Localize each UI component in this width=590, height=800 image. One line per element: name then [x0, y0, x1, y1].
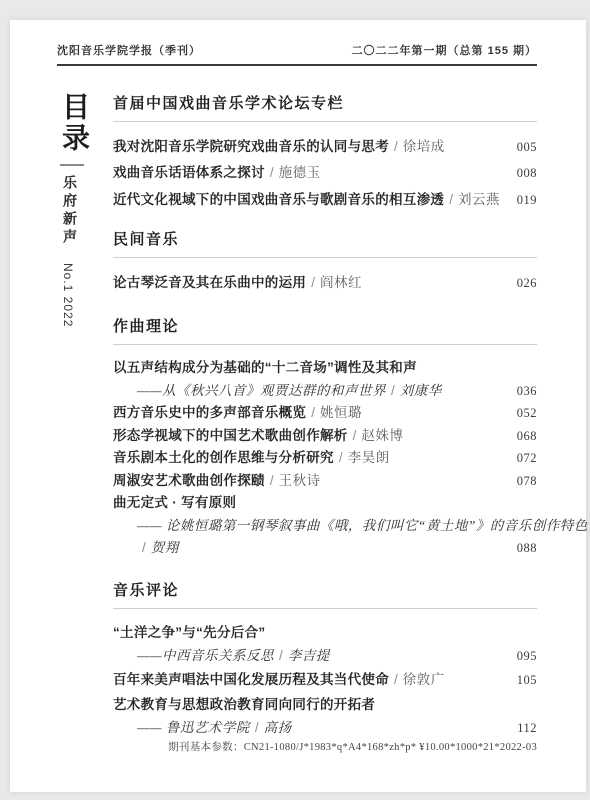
- entry-title: 近代文化视域下的中国戏曲音乐与歌剧音乐的相互渗透: [113, 187, 444, 212]
- entry-title: 百年来美声唱法中国化发展历程及其当代使命: [113, 668, 389, 691]
- toc-entry-row: —— 论姚恒璐第一钢琴叙事曲《哦，我们叫它“黄土地”》的音乐创作特色: [113, 515, 537, 538]
- entry-subtitle: ——中西音乐关系反思: [137, 644, 274, 667]
- entry-author: 高扬: [264, 716, 292, 739]
- toc-content: 首届中国戏曲音乐学术论坛专栏我对沈阳音乐学院研究戏曲音乐的认同与思考/徐培成00…: [113, 20, 537, 792]
- entry-subtitle: ——从《秋兴八首》观贾达群的和声世界: [137, 380, 386, 403]
- entry-page-number: 072: [517, 447, 537, 470]
- entry-author: 徐培成: [403, 134, 445, 159]
- author-separator: /: [255, 716, 259, 739]
- author-separator: /: [270, 160, 274, 185]
- author-separator: /: [353, 425, 357, 448]
- sidebar-divider: [60, 164, 84, 166]
- entry-page-number: 112: [517, 717, 537, 740]
- author-separator: /: [311, 402, 315, 425]
- author-separator: /: [391, 380, 395, 403]
- entry-author: 姚恒璐: [320, 402, 362, 425]
- section-heading: 首届中国戏曲音乐学术论坛专栏: [113, 95, 537, 113]
- entry-page-number: 036: [517, 380, 537, 403]
- section-divider: [113, 257, 537, 258]
- toc-section: 民间音乐论古琴泛音及其在乐曲中的运用/阎林红026: [113, 231, 537, 296]
- entry-page-number: 052: [517, 402, 537, 425]
- entry-author: 李吉提: [288, 644, 330, 667]
- entry-page-number: 026: [517, 271, 537, 296]
- toc-section: 首届中国戏曲音乐学术论坛专栏我对沈阳音乐学院研究戏曲音乐的认同与思考/徐培成00…: [113, 95, 537, 213]
- toc-entry-row: “土洋之争”与“先分后合”: [113, 621, 537, 644]
- toc-entry-row: /贺翔088: [113, 537, 537, 560]
- entry-author: 施德玉: [279, 160, 321, 185]
- toc-entry-row: 形态学视域下的中国艺术歌曲创作解析/赵姝博068: [113, 425, 537, 448]
- toc-entry-row: —— 鲁迅艺术学院/高扬112: [113, 716, 537, 740]
- entry-title: 音乐剧本土化的创作思维与分析研究: [113, 447, 334, 470]
- entry-page-number: 078: [517, 470, 537, 493]
- journal-parameters: 期刊基本参数：CN21-1080/J*1983*q*A4*168*zh*p* ¥…: [113, 739, 537, 754]
- entry-page-number: 068: [517, 425, 537, 448]
- entry-title: 以五声结构成分为基础的“十二音场”调性及其和声: [113, 357, 417, 380]
- entry-page-number: 088: [517, 537, 537, 560]
- series-name: 乐府新声: [60, 175, 80, 247]
- entry-author: 徐敦广: [403, 668, 445, 691]
- entry-author: 刘康华: [400, 380, 442, 403]
- entry-title: 曲无定式 · 写有原则: [113, 492, 236, 515]
- entry-title: 论古琴泛音及其在乐曲中的运用: [113, 270, 306, 295]
- author-separator: /: [311, 270, 315, 295]
- entry-title: “土洋之争”与“先分后合”: [113, 621, 265, 644]
- entry-title: 形态学视域下的中国艺术歌曲创作解析: [113, 425, 348, 448]
- section-divider: [113, 608, 537, 609]
- entry-title: 周淑安艺术歌曲创作探赜: [113, 470, 265, 493]
- entry-author: 李昊朗: [348, 447, 390, 470]
- entry-title: 我对沈阳音乐学院研究戏曲音乐的认同与思考: [113, 134, 389, 159]
- author-separator: /: [394, 668, 398, 691]
- toc-entry-row: 我对沈阳音乐学院研究戏曲音乐的认同与思考/徐培成005: [113, 134, 537, 160]
- section-divider: [113, 344, 537, 345]
- entry-author: 贺翔: [151, 537, 179, 560]
- toc-entry-row: 西方音乐史中的多声部音乐概览/姚恒璐052: [113, 402, 537, 425]
- author-separator: /: [279, 644, 283, 667]
- entry-page-number: 105: [517, 669, 537, 692]
- entry-author: 阎林红: [320, 270, 362, 295]
- issue-number: No.1 2022: [61, 263, 75, 327]
- toc-sidebar: 目录 乐府新声 No.1 2022: [57, 92, 95, 327]
- section-heading: 民间音乐: [113, 231, 537, 249]
- toc-entry-row: 戏曲音乐话语体系之探讨/施德玉008: [113, 160, 537, 186]
- toc-title: 目录: [57, 92, 91, 154]
- toc-entry-row: 近代文化视域下的中国戏曲音乐与歌剧音乐的相互渗透/刘云燕019: [113, 187, 537, 213]
- journal-toc-page: 沈阳音乐学院学报（季刊） 二〇二二年第一期（总第 155 期） 目录 乐府新声 …: [10, 20, 586, 792]
- entry-page-number: 095: [517, 645, 537, 668]
- section-heading: 作曲理论: [113, 318, 537, 336]
- author-separator: /: [339, 447, 343, 470]
- entry-author: 赵姝博: [361, 425, 403, 448]
- author-separator: /: [449, 187, 453, 212]
- entry-title: 艺术教育与思想政治教育同向同行的开拓者: [113, 693, 375, 716]
- entry-page-number: 019: [517, 188, 537, 213]
- author-separator: /: [394, 134, 398, 159]
- toc-entry-row: ——中西音乐关系反思/李吉提095: [113, 644, 537, 668]
- toc-section: 音乐评论“土洋之争”与“先分后合”——中西音乐关系反思/李吉提095百年来美声唱…: [113, 582, 537, 740]
- toc-entry-row: 周淑安艺术歌曲创作探赜/王秋诗078: [113, 470, 537, 493]
- entry-author: 刘云燕: [458, 187, 500, 212]
- entry-title: 戏曲音乐话语体系之探讨: [113, 160, 265, 185]
- entry-page-number: 005: [517, 135, 537, 160]
- toc-section: 作曲理论以五声结构成分为基础的“十二音场”调性及其和声——从《秋兴八首》观贾达群…: [113, 318, 537, 560]
- toc-entry-row: 艺术教育与思想政治教育同向同行的开拓者: [113, 693, 537, 716]
- toc-entry-row: 曲无定式 · 写有原则: [113, 492, 537, 515]
- toc-entry-row: 论古琴泛音及其在乐曲中的运用/阎林红026: [113, 270, 537, 296]
- author-separator: /: [142, 537, 146, 560]
- entry-author: 王秋诗: [279, 470, 321, 493]
- section-heading: 音乐评论: [113, 582, 537, 600]
- entry-page-number: 008: [517, 161, 537, 186]
- entry-title: 西方音乐史中的多声部音乐概览: [113, 402, 306, 425]
- toc-entry-row: 百年来美声唱法中国化发展历程及其当代使命/徐敦广105: [113, 668, 537, 692]
- toc-entry-row: ——从《秋兴八首》观贾达群的和声世界/刘康华036: [113, 380, 537, 403]
- entry-subtitle: —— 鲁迅艺术学院: [137, 716, 250, 739]
- section-divider: [113, 121, 537, 122]
- author-separator: /: [270, 470, 274, 493]
- entry-subtitle: —— 论姚恒璐第一钢琴叙事曲《哦，我们叫它“黄土地”》的音乐创作特色: [137, 515, 588, 538]
- toc-entry-row: 以五声结构成分为基础的“十二音场”调性及其和声: [113, 357, 537, 380]
- toc-entry-row: 音乐剧本土化的创作思维与分析研究/李昊朗072: [113, 447, 537, 470]
